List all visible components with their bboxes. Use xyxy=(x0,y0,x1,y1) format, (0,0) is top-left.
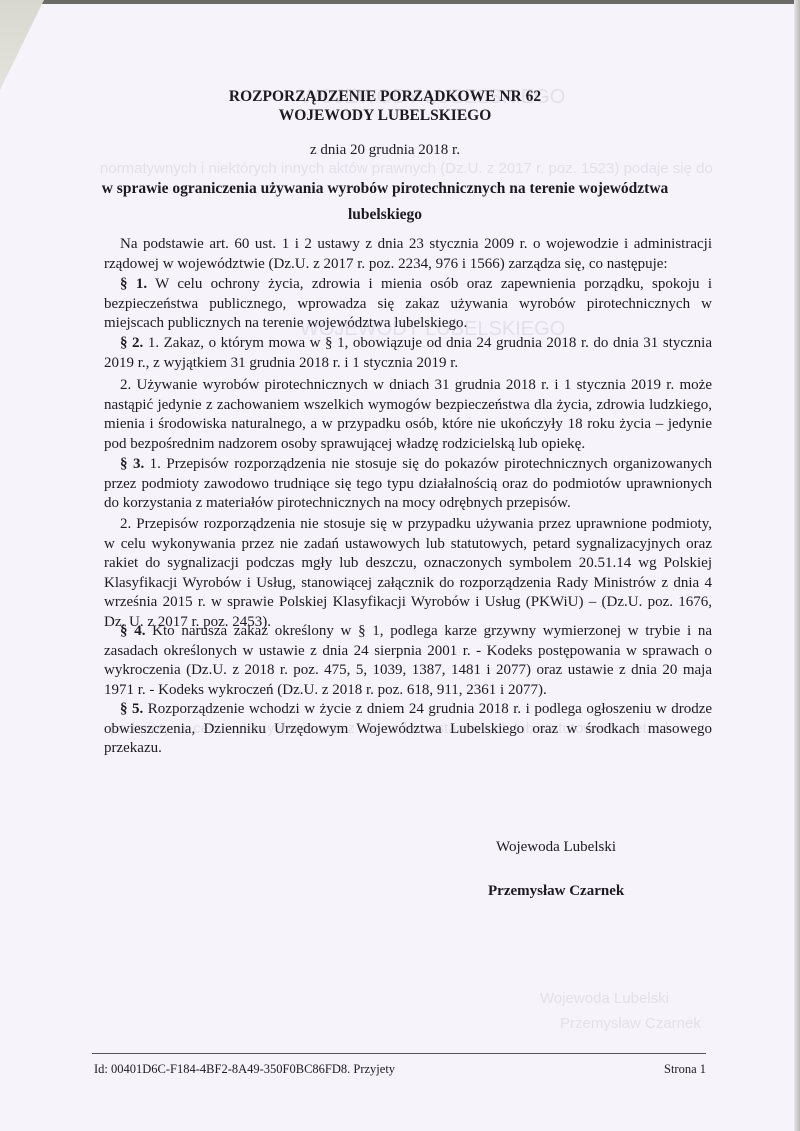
document-subject-line2: lubelskiego xyxy=(0,206,770,224)
section-1: § 1. W celu ochrony życia, zdrowia i mie… xyxy=(104,275,712,334)
section-mark: § 3. xyxy=(120,456,144,472)
document-page: ROZPORZĄDZENIE PORZĄDKOWE NR 62 WOJEWODY… xyxy=(0,0,800,1131)
signature-name: Przemysław Czarnek xyxy=(488,883,624,900)
section-2-paragraph-2: 2. Używanie wyrobów pirotechnicznych w d… xyxy=(104,376,712,454)
section-mark: § 2. xyxy=(120,335,143,351)
document-title-line2: WOJEWODY LUBELSKIEGO xyxy=(0,107,770,125)
footer-divider xyxy=(92,1053,706,1054)
section-mark: § 4. xyxy=(120,623,145,639)
document-date: z dnia 20 grudnia 2018 r. xyxy=(0,142,770,159)
signature-role: Wojewoda Lubelski xyxy=(496,839,616,856)
footer-page-number: Strona 1 xyxy=(664,1062,706,1077)
section-5: § 5. Rozporządzenie wchodzi w życie z dn… xyxy=(104,700,712,759)
section-mark: § 1. xyxy=(120,276,147,292)
document-subject-line1: w sprawie ograniczenia używania wyrobów … xyxy=(0,180,770,198)
footer-document-id: Id: 00401D6C-F184-4BF2-8A49-350F0BC86FD8… xyxy=(94,1062,395,1077)
section-3-paragraph-1: § 3. 1. Przepisów rozporządzenia nie sto… xyxy=(104,455,712,514)
section-4: § 4. Kto narusza zakaz określony w § 1, … xyxy=(104,622,712,700)
preamble: Na podstawie art. 60 ust. 1 i 2 ustawy z… xyxy=(104,235,712,274)
section-2-paragraph-1: § 2. 1. Zakaz, o którym mowa w § 1, obow… xyxy=(104,334,712,373)
section-3-paragraph-2: 2. Przepisów rozporządzenia nie stosuje … xyxy=(104,515,712,633)
section-mark: § 5. xyxy=(120,701,143,717)
document-title-line1: ROZPORZĄDZENIE PORZĄDKOWE NR 62 xyxy=(0,88,770,106)
